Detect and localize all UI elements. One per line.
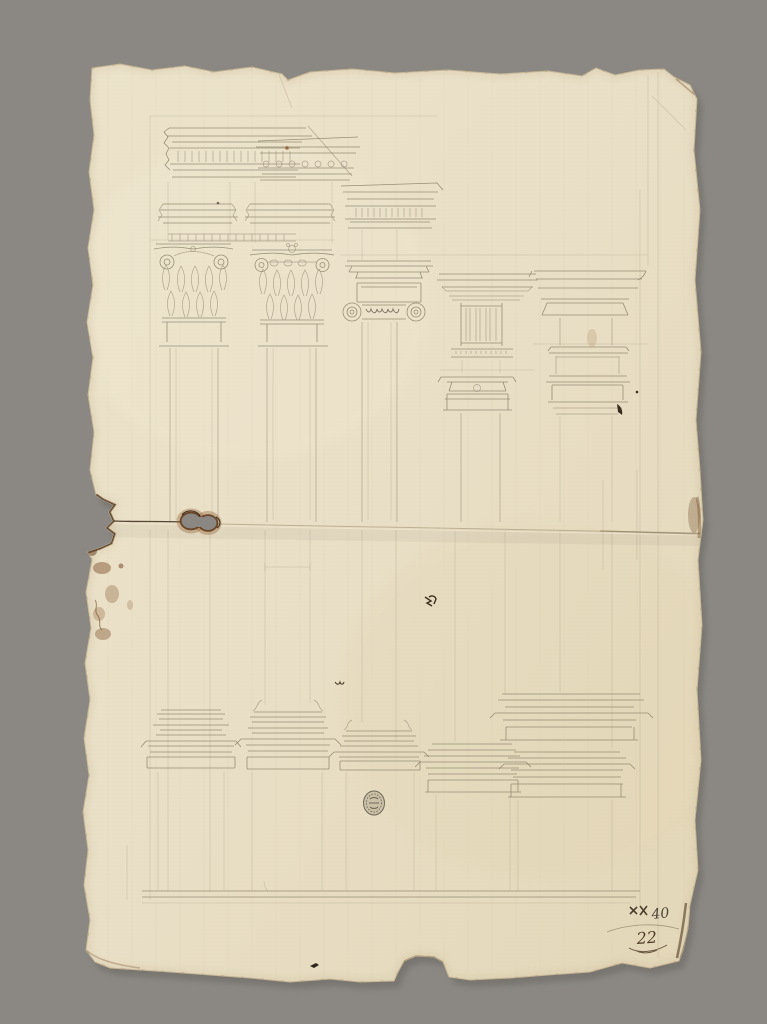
scan-canvas: 40 22: [0, 0, 767, 1024]
paper-texture: [70, 60, 740, 990]
photograph-of-drawing-sheet: 40 22: [0, 0, 767, 1024]
inscription-number-bottom: 22: [635, 928, 658, 948]
burn-holes: [179, 511, 220, 533]
collector-stamp: [364, 791, 385, 815]
inscription-number-top: 40: [650, 905, 670, 923]
